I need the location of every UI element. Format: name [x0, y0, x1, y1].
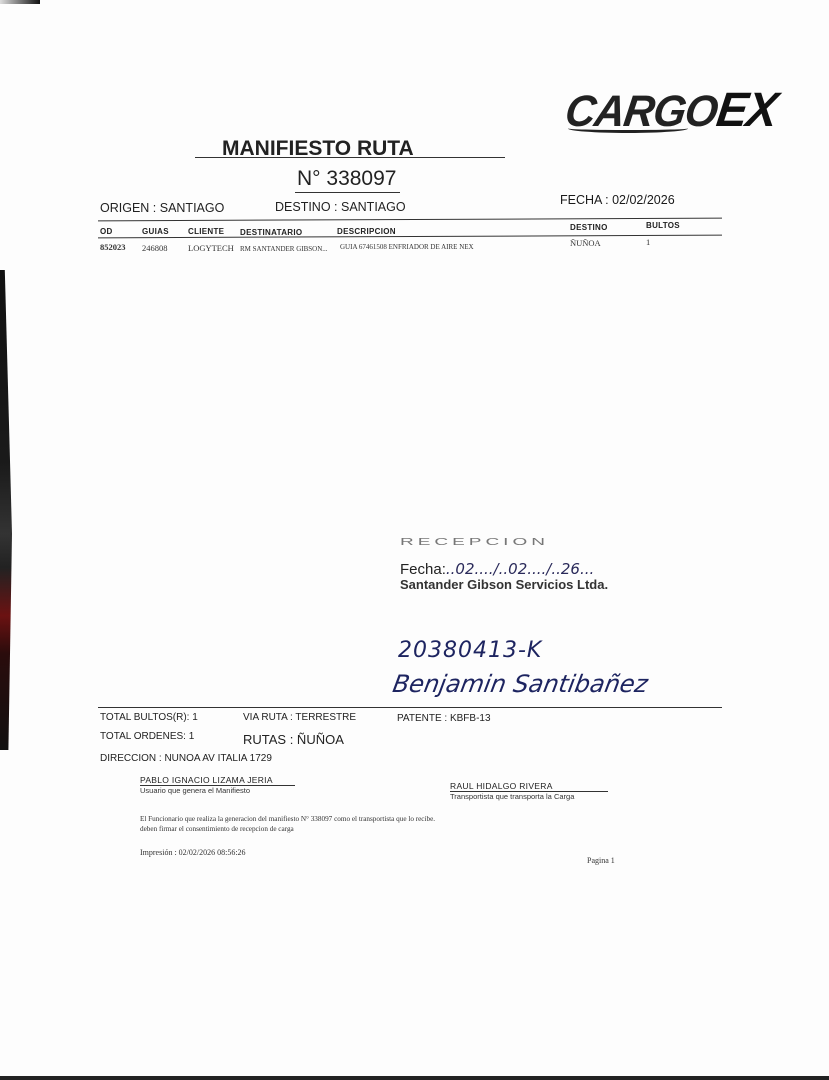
signer-right-role: Transportista que transporta la Carga — [450, 792, 574, 801]
signer-right-name: RAUL HIDALGO RIVERA — [450, 781, 553, 791]
title-underline — [195, 157, 505, 158]
rutas: RUTAS : ÑUÑOA — [243, 732, 344, 747]
scan-edge-bottom — [0, 1076, 829, 1080]
signer-left-role: Usuario que genera el Manifiesto — [140, 786, 250, 795]
logo-text-accent: EX — [714, 82, 781, 137]
page-number: Pagina 1 — [587, 856, 615, 865]
total-ordenes: TOTAL ORDENES: 1 — [100, 731, 194, 742]
handwritten-rut: 20380413-K — [398, 638, 542, 663]
patente: PATENTE : KBFB-13 — [397, 713, 491, 724]
signature-rule — [98, 707, 722, 708]
cell-cliente: LOGYTECH — [188, 243, 234, 253]
via-ruta: VIA RUTA : TERRESTRE — [243, 712, 356, 723]
cell-bultos: 1 — [646, 237, 650, 247]
stamp-date: Fecha:..02..../..02..../..26... — [400, 560, 594, 578]
scan-binder-edge — [0, 270, 12, 750]
col-guias: GUIAS — [142, 227, 169, 236]
print-timestamp: Impresión : 02/02/2026 08:56:26 — [140, 848, 246, 857]
stamp-date-label: Fecha: — [400, 561, 446, 578]
manifest-number: N° 338097 — [297, 167, 396, 191]
cell-destino: ÑUÑOA — [570, 238, 601, 248]
col-destino: DESTINO — [570, 223, 608, 232]
col-destinatario: DESTINATARIO — [240, 228, 302, 237]
total-bultos: TOTAL BULTOS(R): 1 — [100, 712, 198, 723]
stamp-company: Santander Gibson Servicios Ltda. — [400, 577, 608, 592]
cell-guias: 246808 — [142, 243, 168, 253]
col-bultos: BULTOS — [646, 221, 680, 230]
stamp-date-value: ..02..../..02..../..26... — [446, 560, 594, 578]
handwritten-signature: Benjamin Santibañez — [391, 670, 650, 698]
col-od: OD — [100, 227, 113, 236]
scan-edge-top — [0, 0, 40, 4]
number-underline — [295, 192, 400, 193]
cell-destinatario: RM SANTANDER GIBSON... — [240, 245, 328, 253]
cell-descripcion: GUIA 67461508 ENFRIADOR DE AIRE NEX — [340, 243, 474, 251]
table-top-rule — [98, 218, 722, 222]
col-descripcion: DESCRIPCION — [337, 227, 396, 236]
logo-swoosh — [568, 124, 688, 133]
legal-line-2: deben firmar el consentimiento de recepc… — [140, 824, 435, 834]
legal-line-1: El Funcionario que realiza la generacion… — [140, 814, 435, 824]
fecha-field: FECHA : 02/02/2026 — [560, 193, 675, 207]
direccion: DIRECCION : NUNOA AV ITALIA 1729 — [100, 753, 272, 764]
cell-od: 852023 — [100, 242, 126, 252]
stamp-title: RECEPCION — [400, 536, 549, 548]
origen-field: ORIGEN : SANTIAGO — [100, 201, 224, 215]
legal-note: El Funcionario que realiza la generacion… — [140, 814, 435, 834]
destino-field: DESTINO : SANTIAGO — [275, 200, 406, 214]
col-cliente: CLIENTE — [188, 227, 224, 236]
signer-left-name: PABLO IGNACIO LIZAMA JERIA — [140, 775, 273, 785]
